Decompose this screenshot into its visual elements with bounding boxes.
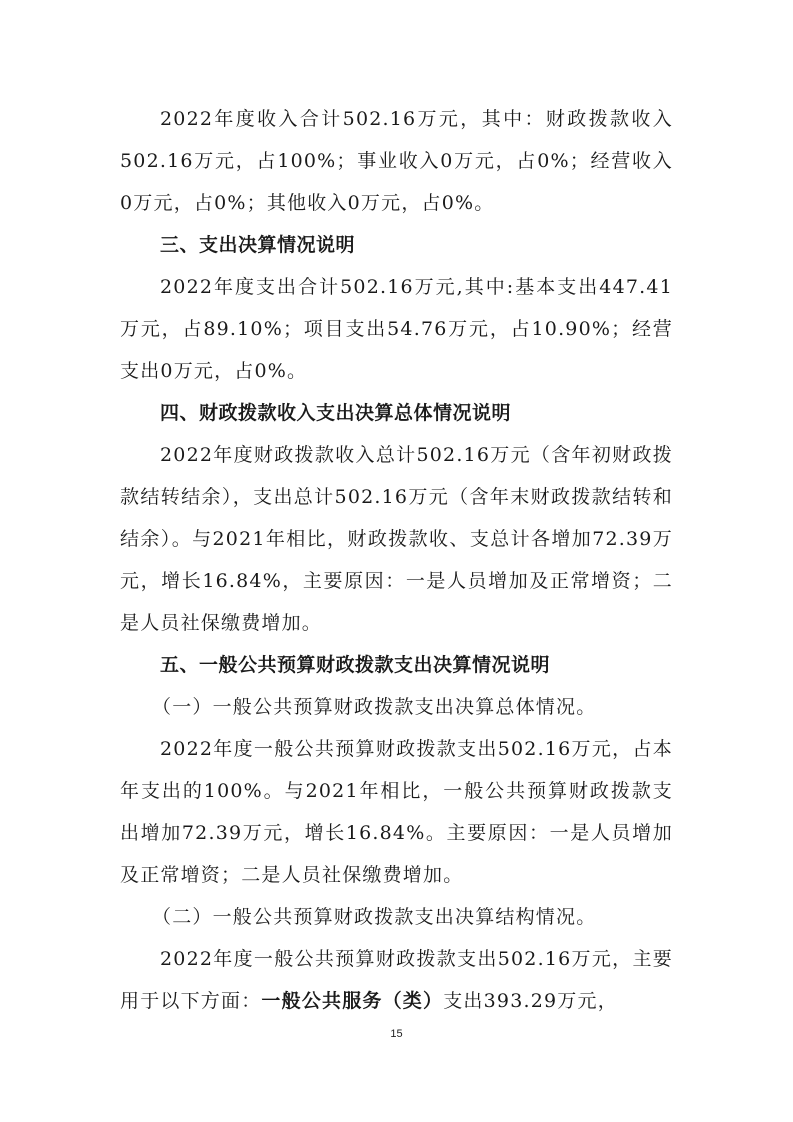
income-summary-paragraph: 2022年度收入合计502.16万元，其中：财政拨款收入502.16万元，占10…: [120, 98, 673, 224]
sub2-body-bold-category: 一般公共服务（类）: [261, 990, 443, 1012]
section-5-sub2-body: 2022年度一般公共预算财政拨款支出502.16万元，主要用于以下方面：一般公共…: [120, 938, 673, 1022]
section-3-body: 2022年度支出合计502.16万元,其中:基本支出447.41万元，占89.1…: [120, 266, 673, 392]
section-5-sub1-body: 2022年度一般公共预算财政拨款支出502.16万元，占本年支出的100%。与2…: [120, 728, 673, 896]
document-page: 2022年度收入合计502.16万元，其中：财政拨款收入502.16万元，占10…: [120, 98, 673, 1022]
section-5-sub1-heading: （一）一般公共预算财政拨款支出决算总体情况。: [120, 686, 673, 728]
section-5-heading: 五、一般公共预算财政拨款支出决算情况说明: [120, 644, 673, 686]
page-number: 15: [0, 1028, 793, 1040]
section-4-heading: 四、财政拨款收入支出决算总体情况说明: [120, 392, 673, 434]
section-4-body: 2022年度财政拨款收入总计502.16万元（含年初财政拨款结转结余），支出总计…: [120, 434, 673, 644]
section-5-sub2-heading: （二）一般公共预算财政拨款支出决算结构情况。: [120, 896, 673, 938]
sub2-body-end: 支出393.29万元，: [443, 990, 618, 1012]
section-3-heading: 三、支出决算情况说明: [120, 224, 673, 266]
